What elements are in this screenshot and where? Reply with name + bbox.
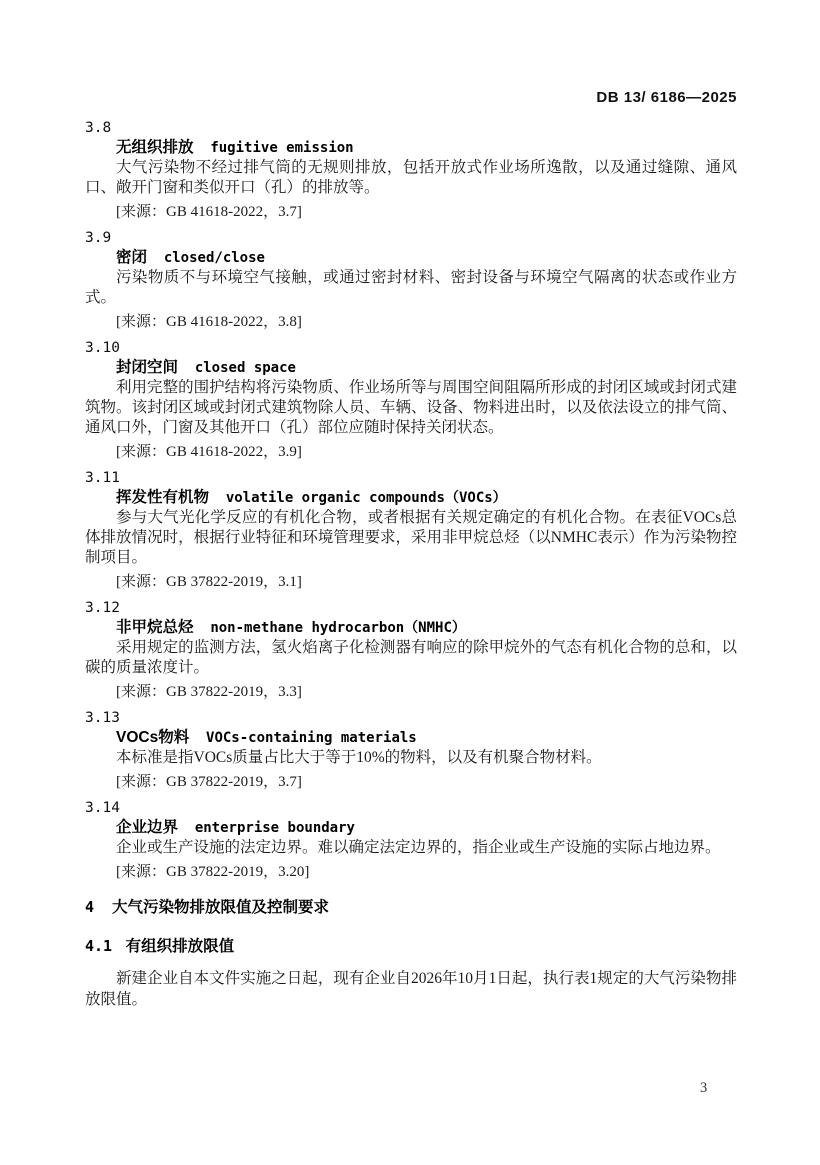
- term-line: 非甲烷总烃non-methane hydrocarbon（NMHC）: [85, 618, 737, 638]
- page-content: DB 13/ 6186—2025 3.8 无组织排放fugitive emiss…: [85, 88, 737, 1010]
- term-english: volatile organic compounds（VOCs）: [226, 490, 507, 506]
- document-page: DB 13/ 6186—2025 3.8 无组织排放fugitive emiss…: [0, 0, 820, 1165]
- source-note: [来源：GB 37822-2019，3.3]: [85, 682, 737, 702]
- term-english: closed/close: [164, 250, 265, 266]
- chapter-heading: 4大气污染物排放限值及控制要求: [85, 896, 737, 919]
- section-number: 4.1: [85, 937, 112, 955]
- source-note: [来源：GB 37822-2019，3.20]: [85, 862, 737, 882]
- term-english: non-methane hydrocarbon（NMHC）: [210, 620, 466, 636]
- term-chinese: 封闭空间: [116, 359, 178, 376]
- source-note: [来源：GB 37822-2019，3.1]: [85, 572, 737, 592]
- clause-number: 3.8: [85, 118, 737, 138]
- definition-3-10: 3.10 封闭空间closed space 利用完整的围护结构将污染物质、作业场…: [85, 338, 737, 462]
- definition-text: 本标准是指VOCs质量占比大于等于10%的物料，以及有机聚合物材料。: [85, 748, 737, 768]
- definition-text: 大气污染物不经过排气筒的无规则排放，包括开放式作业场所逸散，以及通过缝隙、通风口…: [85, 158, 737, 198]
- source-note: [来源：GB 41618-2022，3.9]: [85, 442, 737, 462]
- term-english: fugitive emission: [210, 140, 353, 156]
- term-line: 无组织排放fugitive emission: [85, 138, 737, 158]
- chapter-number: 4: [85, 898, 94, 916]
- source-note: [来源：GB 41618-2022，3.8]: [85, 312, 737, 332]
- clause-number: 3.14: [85, 798, 737, 818]
- definition-3-9: 3.9 密闭closed/close 污染物质不与环境空气接触，或通过密封材料、…: [85, 228, 737, 332]
- term-chinese: 密闭: [116, 249, 147, 266]
- term-chinese: 挥发性有机物: [116, 489, 209, 506]
- term-chinese: 非甲烷总烃: [116, 619, 194, 636]
- term-line: 封闭空间closed space: [85, 358, 737, 378]
- definition-3-8: 3.8 无组织排放fugitive emission 大气污染物不经过排气筒的无…: [85, 118, 737, 222]
- clause-number: 3.11: [85, 468, 737, 488]
- definition-text: 利用完整的围护结构将污染物质、作业场所等与周围空间阻隔所形成的封闭区域或封闭式建…: [85, 378, 737, 438]
- definition-3-12: 3.12 非甲烷总烃non-methane hydrocarbon（NMHC） …: [85, 598, 737, 702]
- term-line: 挥发性有机物volatile organic compounds（VOCs）: [85, 488, 737, 508]
- clause-number: 3.12: [85, 598, 737, 618]
- section-paragraph: 新建企业自本文件实施之日起，现有企业自2026年10月1日起，执行表1规定的大气…: [85, 968, 737, 1010]
- definition-text: 污染物质不与环境空气接触，或通过密封材料、密封设备与环境空气隔离的状态或作业方式…: [85, 268, 737, 308]
- chapter-title: 大气污染物排放限值及控制要求: [112, 899, 329, 916]
- page-number: 3: [700, 1080, 707, 1097]
- doc-code: DB 13/ 6186—2025: [596, 89, 737, 106]
- term-chinese: 企业边界: [116, 819, 178, 836]
- source-note: [来源：GB 41618-2022，3.7]: [85, 202, 737, 222]
- source-note: [来源：GB 37822-2019，3.7]: [85, 772, 737, 792]
- term-english: VOCs-containing materials: [206, 730, 417, 746]
- clause-number: 3.13: [85, 708, 737, 728]
- definition-text: 企业或生产设施的法定边界。难以确定法定边界的，指企业或生产设施的实际占地边界。: [85, 838, 737, 858]
- definition-3-14: 3.14 企业边界enterprise boundary 企业或生产设施的法定边…: [85, 798, 737, 882]
- document-header: DB 13/ 6186—2025: [85, 88, 737, 108]
- term-line: 密闭closed/close: [85, 248, 737, 268]
- definition-3-11: 3.11 挥发性有机物volatile organic compounds（VO…: [85, 468, 737, 592]
- definition-text: 参与大气光化学反应的有机化合物，或者根据有关规定确定的有机化合物。在表征VOCs…: [85, 508, 737, 568]
- term-english: enterprise boundary: [195, 820, 355, 836]
- definition-3-13: 3.13 VOCs物料VOCs-containing materials 本标准…: [85, 708, 737, 792]
- definition-text: 采用规定的监测方法，氢火焰离子化检测器有响应的除甲烷外的气态有机化合物的总和，以…: [85, 638, 737, 678]
- section-title: 有组织排放限值: [126, 938, 235, 955]
- term-line: 企业边界enterprise boundary: [85, 818, 737, 838]
- section-heading: 4.1有组织排放限值: [85, 935, 737, 958]
- term-chinese: 无组织排放: [116, 139, 194, 156]
- term-english: closed space: [195, 360, 296, 376]
- term-chinese: VOCs物料: [116, 729, 189, 746]
- clause-number: 3.10: [85, 338, 737, 358]
- clause-number: 3.9: [85, 228, 737, 248]
- term-line: VOCs物料VOCs-containing materials: [85, 728, 737, 748]
